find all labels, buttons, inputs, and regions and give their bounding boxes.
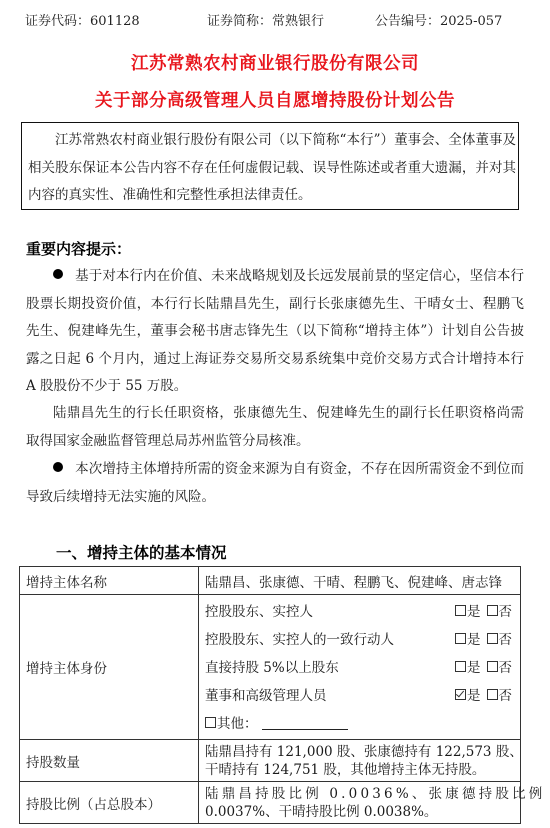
identity-label: 控股股东、实控人 [205,600,313,620]
stock-code: 证券代码：601128 [25,10,140,29]
bullet-icon [53,462,63,472]
highlights-heading: 重要内容提示： [26,238,131,259]
checkbox-yes[interactable] [455,633,466,644]
yes-label: 是 [467,688,481,704]
identity-label: 直接持股 5%以上股东 [205,656,339,676]
yes-label: 是 [467,604,481,620]
value-line: 陆鼎昌持有 121,000 股、张康德持有 122,573 股、 [205,743,514,761]
qualification-note: 陆鼎昌先生的行长任职资格，张康德先生、倪建峰先生的副行长任职资格尚需取得国家金融… [26,400,524,455]
holder-info-table: 增持主体名称 陆鼎昌、张康德、干晴、程鹏飞、倪建峰、唐志锋 增持主体身份 控股股… [19,566,521,824]
board-guarantee-notice: 江苏常熟农村商业银行股份有限公司（以下简称“本行”）董事会、全体董事及相关股东保… [21,122,519,210]
bullet-1-text: 基于对本行内在价值、未来战略规划及长远发展前景的坚定信心，坚信本行股票长期投资价… [26,268,524,394]
yes-label: 是 [467,632,481,648]
row-label: 增持主体名称 [20,567,199,595]
document-header: 证券代码：601128 证券简称：常熟银行 公告编号：2025-057 [0,10,550,30]
bullet-icon [53,269,63,279]
identity-option-other: 其他： [205,708,514,736]
no-label: 否 [499,604,513,620]
table-row-identity: 增持主体身份 控股股东、实控人 是否 控股股东、实控人的一致行动人 是否 直接持… [20,595,521,740]
notice-text: 江苏常熟农村商业银行股份有限公司（以下简称“本行”）董事会、全体董事及相关股东保… [28,127,516,210]
no-label: 否 [499,688,513,704]
bullet-2-text: 本次增持主体增持所需的资金来源为自有资金，不存在因所需资金不到位而导致后续增持无… [26,461,524,505]
no-label: 否 [499,660,513,676]
row-value: 陆鼎昌持股比例 0.0036%、张康德持股比例 0.0037%、干晴持股比例 0… [199,782,521,824]
row-label: 持股数量 [20,740,199,782]
checkbox-yes[interactable] [455,661,466,672]
highlight-bullet-2: 本次增持主体增持所需的资金来源为自有资金，不存在因所需资金不到位而导致后续增持无… [26,456,524,511]
value-line: 陆鼎昌持股比例 0.0036%、张康德持股比例 [205,785,514,803]
identity-label: 董事和高级管理人员 [205,684,327,704]
table-row-ratio: 持股比例（占总股本） 陆鼎昌持股比例 0.0036%、张康德持股比例 0.003… [20,782,521,824]
identity-option: 直接持股 5%以上股东 是否 [205,652,514,680]
checkbox-yes[interactable] [455,605,466,616]
value-line: 干晴持有 124,751 股，其他增持主体无持股。 [205,761,514,779]
identity-label: 控股股东、实控人的一致行动人 [205,628,394,648]
checkbox-no[interactable] [487,661,498,672]
checkbox-no[interactable] [487,605,498,616]
section-1-heading: 一、增持主体的基本情况 [56,541,227,563]
announcement-number: 公告编号：2025-057 [375,10,502,29]
checkbox-no[interactable] [487,633,498,644]
table-row-names: 增持主体名称 陆鼎昌、张康德、干晴、程鹏飞、倪建峰、唐志锋 [20,567,521,595]
checkbox-no[interactable] [487,689,498,700]
row-value: 陆鼎昌、张康德、干晴、程鹏飞、倪建峰、唐志锋 [199,567,521,595]
highlight-bullet-1: 基于对本行内在价值、未来战略规划及长远发展前景的坚定信心，坚信本行股票长期投资价… [26,263,524,401]
identity-option: 董事和高级管理人员 是否 [205,680,514,708]
row-label: 增持主体身份 [20,595,199,740]
row-value: 陆鼎昌持有 121,000 股、张康德持有 122,573 股、 干晴持有 12… [199,740,521,782]
stock-name: 证券简称：常熟银行 [207,10,324,29]
identity-option: 控股股东、实控人 是否 [205,596,514,624]
other-label: 其他： [217,712,258,732]
checkbox-other[interactable] [205,717,216,728]
value-line: 0.0037%、干晴持股比例 0.0038%。 [205,803,514,821]
checkbox-yes-checked[interactable] [455,689,466,700]
table-row-shares: 持股数量 陆鼎昌持有 121,000 股、张康德持有 122,573 股、 干晴… [20,740,521,782]
yes-label: 是 [467,660,481,676]
no-label: 否 [499,632,513,648]
identity-options: 控股股东、实控人 是否 控股股东、实控人的一致行动人 是否 直接持股 5%以上股… [199,595,521,740]
announcement-title: 关于部分高级管理人员自愿增持股份计划公告 [0,87,550,112]
company-title: 江苏常熟农村商业银行股份有限公司 [0,50,550,75]
other-blank-field[interactable] [262,715,348,730]
row-label: 持股比例（占总股本） [20,782,199,824]
identity-option: 控股股东、实控人的一致行动人 是否 [205,624,514,652]
